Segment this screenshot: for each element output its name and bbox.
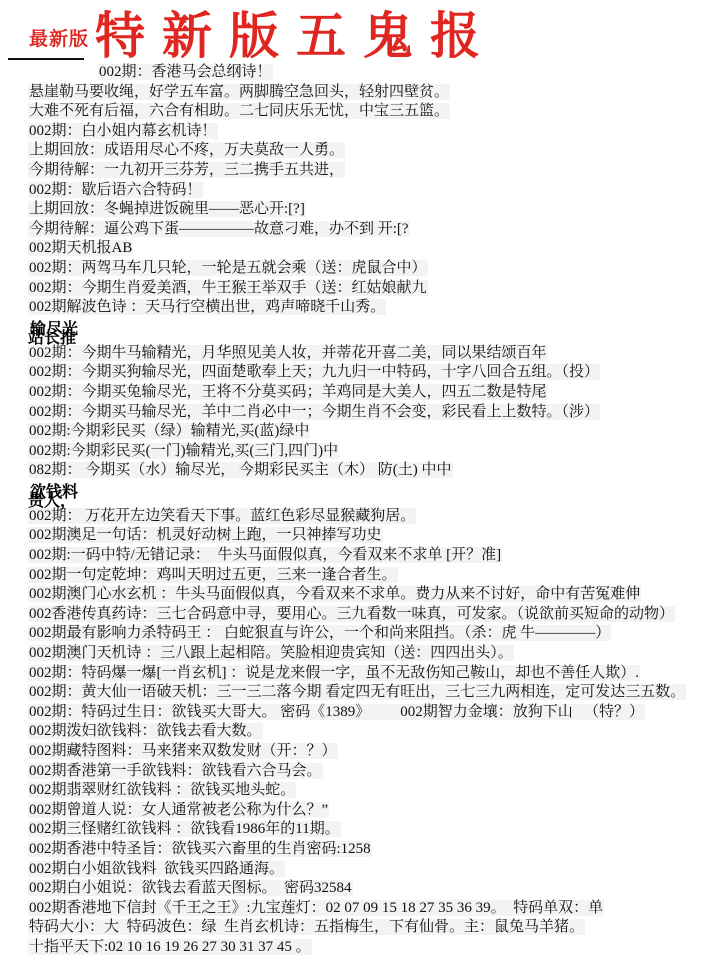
text-line-content: 082期： 今期买（水）输尽光， 今期彩民买主（木） 防(土) 中中 <box>28 462 453 478</box>
text-line: 今期待解：一九初开三芬芳，三二携手五共进， <box>28 161 728 181</box>
text-line-content: 大难不死有后福，六合有相助。二七同庆乐无忧，中宝三五篮。 <box>28 103 450 119</box>
text-line: 082期： 今期买（水）输尽光， 今期彩民买主（木） 防(土) 中中 <box>28 461 728 481</box>
text-line: 002期:今期彩民买（绿）输精光,买(蓝)绿中 <box>28 422 728 442</box>
text-line-content: 002期香港第一手欲钱料：欲钱看六合马会。 <box>28 763 323 779</box>
text-line-content: 002期：特码过生日：欲钱买大哥大。 密码《1389》 002期智力金壤：放狗下… <box>28 704 645 720</box>
text-line-content: 002期：特码爆一爆[一肖玄机] ：说是龙来假一字，虽不无敌伤知己鞍山，却也不善… <box>28 665 640 681</box>
latest-edition-badge: 最新版 <box>29 24 89 51</box>
text-line: 002期：特码爆一爆[一肖玄机] ：说是龙来假一字，虽不无敌伤知己鞍山，却也不善… <box>28 664 728 684</box>
text-line-content: 002期一句定乾坤：鸡叫天明过五更，三来一逢合者生。 <box>28 567 398 583</box>
text-line: 002期曾道人说：女人通常被老公称为什么？” <box>28 801 728 821</box>
text-line-content: 002期：今期生肖爱美酒，牛王猴王举双手（送：红姑娘献九 <box>28 280 428 296</box>
text-line-content: 002期澳足一句话：机灵好动树上跑，一只神捧写功史 <box>28 527 383 543</box>
text-line: 002期：白小姐内幕玄机诗！ <box>28 122 728 142</box>
text-line-content: 002期：今期牛马输精光，月华照见美人妆，并蒂花开喜二美，同以果结颂百年 <box>28 345 548 361</box>
text-line: 002期最有影响力杀特码王 ： 白蛇狠直与许公，一个和尚来阻挡。（杀：虎 牛——… <box>28 624 728 644</box>
text-line: 002期藏特图料：马来猪来双数发财（开：？） <box>28 742 728 762</box>
text-line-content: 002期：白小姐内幕玄机诗！ <box>28 123 218 139</box>
text-line-content: 十指平天下:02 10 16 19 26 27 30 31 37 45 。 <box>28 939 312 955</box>
text-line: 002期澳足一句话：机灵好动树上跑，一只神捧写功史 <box>28 526 728 546</box>
text-line-content: 今期待解：逼公鸡下蛋—————故意刁难，办不到 开:[? <box>28 221 410 237</box>
text-line: 002期泼妇欲钱料：欲钱去看大数。 <box>28 722 728 742</box>
text-line: 十指平天下:02 10 16 19 26 27 30 31 37 45 。 <box>28 938 728 955</box>
text-line-content: 002期香港中特圣旨：欲钱买六畜里的生肖密码:1258 <box>28 841 372 857</box>
text-line: 悬崖勒马要收绳，好学五车富。两脚腾空急回头，轻射四壁贫。 <box>28 83 728 103</box>
text-line: 002期:一码中特/无错记录： 牛头马面假似真，今看双来不求单 [开？准] <box>28 546 728 566</box>
text-line-content: 002香港传真药诗：三七合码意中寻，要用心。三九看数一味真，可发家。（说欲前买短… <box>28 606 675 622</box>
text-line-content: 002期白小姐说：欲钱去看蓝天图标。 密码32584 <box>28 880 353 896</box>
text-line: 002期：今期牛马输精光，月华照见美人妆，并蒂花开喜二美，同以果结颂百年 <box>28 344 728 364</box>
text-line-content: 002期：两驾马车几只轮，一轮是五就会乘（送：虎鼠合中） <box>28 260 428 276</box>
text-line-content: 今期待解：一九初开三芬芳，三二携手五共进， <box>28 162 345 178</box>
text-line-content: 002期:一码中特/无错记录： 牛头马面假似真，今看双来不求单 [开？准] <box>28 547 502 563</box>
text-line-content: 002期:今期彩民买(一门)输精光,买(三门,四门)中 <box>28 443 339 459</box>
overlap-text: 贵人， <box>28 488 76 511</box>
tip-lines-container: 002期：香港马会总纲诗！悬崖勒马要收绳，好学五车富。两脚腾空急回头，轻射四壁贫… <box>0 63 728 955</box>
text-line-content: 002期天机报AB <box>28 240 133 256</box>
text-line: 002期：特码过生日：欲钱买大哥大。 密码《1389》 002期智力金壤：放狗下… <box>28 703 728 723</box>
text-line: 002期一句定乾坤：鸡叫天明过五更，三来一逢合者生。 <box>28 566 728 586</box>
text-line-content: 002期：歇后语六合特码！ <box>28 182 203 198</box>
text-line: 002期香港中特圣旨：欲钱买六畜里的生肖密码:1258 <box>28 840 728 860</box>
overlap-text: 站长推 <box>28 325 76 348</box>
text-line: 002期三怪赌红欲钱料 ：欲钱看1986年的11期。 <box>28 820 728 840</box>
text-line-content: 002期：今期买兔输尽光，王将不分莫买码；羊鸡同是大美人，四五二数是特尾 <box>28 384 548 400</box>
text-line-content: 002期白小姐欲钱料 欲钱买四路通海。 <box>28 861 285 877</box>
text-line: 002期翡翠财红欲钱料 ：欲钱买地头蛇。 <box>28 781 728 801</box>
text-line: 002期：今期买狗输尽光，四面楚歌奉上天；九九归一中特码，十字八回合五组。（投） <box>28 363 728 383</box>
text-line: 特码大小：大 特码波色：绿 生肖玄机诗：五指梅生，下有仙骨。主：鼠兔马羊猪。 <box>28 918 728 938</box>
text-line: 002期：今期买马输尽光，羊中二肖必中一；今期生肖不会变，彩民看上上数特。（涉） <box>28 403 728 423</box>
text-line: 002期香港地下信封《千王之王》:九宝莲灯：02 07 09 15 18 27 … <box>28 899 728 919</box>
text-line: 002期：黄大仙一语破天机：三一三二落今期 看定四无有旺出，三七三九两相连，定可… <box>28 683 728 703</box>
text-line: 大难不死有后福，六合有相助。二七同庆乐无忧，中宝三五篮。 <box>28 102 728 122</box>
text-line-content: 特码大小：大 特码波色：绿 生肖玄机诗：五指梅生，下有仙骨。主：鼠兔马羊猪。 <box>28 919 585 935</box>
text-line-content: 002期：黄大仙一语破天机：三一三二落今期 看定四无有旺出，三七三九两相连，定可… <box>28 684 686 700</box>
text-line: 002期解波色诗 ：天马行空横出世，鸡声啼晓千山秀。 <box>28 298 728 318</box>
text-line: 002期白小姐欲钱料 欲钱买四路通海。 <box>28 860 728 880</box>
text-line: 002期：歇后语六合特码！ <box>28 181 728 201</box>
text-line: 002期香港第一手欲钱料：欲钱看六合马会。 <box>28 762 728 782</box>
text-line: 002期天机报AB <box>28 239 728 259</box>
text-line-content: 002期藏特图料：马来猪来双数发财（开：？） <box>28 743 338 759</box>
text-line-content: 002期澳门心水玄机 ：牛头马面假似真，今看双来不求单。费力从来不讨好，命中有苦… <box>28 586 641 602</box>
text-line-content: 002期香港地下信封《千王之王》:九宝莲灯：02 07 09 15 18 27 … <box>28 900 604 916</box>
text-line: 002期:今期彩民买(一门)输精光,买(三门,四门)中 <box>28 442 728 462</box>
text-line-content: 002期翡翠财红欲钱料 ：欲钱买地头蛇。 <box>28 782 296 798</box>
text-line-content: 002期:今期彩民买（绿）输精光,买(蓝)绿中 <box>28 423 310 439</box>
text-line-content: 002期：今期买马输尽光，羊中二肖必中一；今期生肖不会变，彩民看上上数特。（涉） <box>28 404 600 420</box>
text-line-content: 悬崖勒马要收绳，好学五车富。两脚腾空急回头，轻射四壁贫。 <box>28 84 450 100</box>
text-line-content: 002期最有影响力杀特码王 ： 白蛇狠直与许公，一个和尚来阻挡。（杀：虎 牛——… <box>28 625 611 641</box>
text-line: 002期白小姐说：欲钱去看蓝天图标。 密码32584 <box>28 879 728 899</box>
text-line: 002期：今期生肖爱美酒，牛王猴王举双手（送：红姑娘献九 <box>28 279 728 299</box>
text-line-content: 002期解波色诗 ：天马行空横出世，鸡声啼晓千山秀。 <box>28 299 386 315</box>
text-line-content: 002期曾道人说：女人通常被老公称为什么？” <box>28 802 329 818</box>
text-line: 上期回放：冬蝇掉进饭碗里——恶心开:[?] <box>28 200 728 220</box>
text-line: 002期：两驾马车几只轮，一轮是五就会乘（送：虎鼠合中） <box>28 259 728 279</box>
text-line-content: 002期： 万花开左边笑看天下事。蓝红色彩尽显猴藏狗居。 <box>28 508 416 524</box>
text-line-content: 002期：今期买狗输尽光，四面楚歌奉上天；九九归一中特码，十字八回合五组。（投） <box>28 364 600 380</box>
page-title: 特新版五鬼报 <box>95 0 497 68</box>
text-line: 上期回放：成语用尽心不疼，万夫莫敌一人勇。 <box>28 141 728 161</box>
text-line: 002期： 万花开左边笑看天下事。蓝红色彩尽显猴藏狗居。 <box>28 507 728 527</box>
text-line-content: 上期回放：冬蝇掉进饭碗里——恶心开:[?] <box>28 201 306 217</box>
text-line: 002期澳门天机诗 ：三八跟上起相陪。笑脸相迎贵宾知（送：四四出头）。 <box>28 644 728 664</box>
overlapping-header-line: 欲钱料贵人， <box>28 481 728 507</box>
tip-sheet-page: 最新版 特新版五鬼报 002期：香港马会总纲诗！悬崖勒马要收绳，好学五车富。两脚… <box>0 0 728 955</box>
text-line-content: 002期澳门天机诗 ：三八跟上起相陪。笑脸相迎贵宾知（送：四四出头）。 <box>28 645 514 661</box>
text-line-content: 002期三怪赌红欲钱料 ：欲钱看1986年的11期。 <box>28 821 341 837</box>
text-line: 今期待解：逼公鸡下蛋—————故意刁难，办不到 开:[? <box>28 220 728 240</box>
badge-underline-rule <box>8 58 84 60</box>
text-line-content: 002期泼妇欲钱料：欲钱去看大数。 <box>28 723 263 739</box>
text-line: 002期澳门心水玄机 ：牛头马面假似真，今看双来不求单。费力从来不讨好，命中有苦… <box>28 585 728 605</box>
text-line-content: 上期回放：成语用尽心不疼，万夫莫敌一人勇。 <box>28 142 345 158</box>
text-line: 002期：今期买兔输尽光，王将不分莫买码；羊鸡同是大美人，四五二数是特尾 <box>28 383 728 403</box>
text-line: 002香港传真药诗：三七合码意中寻，要用心。三九看数一味真，可发家。（说欲前买短… <box>28 605 728 625</box>
page-header: 最新版 特新版五鬼报 <box>0 0 728 63</box>
overlapping-header-line: 输尽光站长推 <box>28 318 728 344</box>
